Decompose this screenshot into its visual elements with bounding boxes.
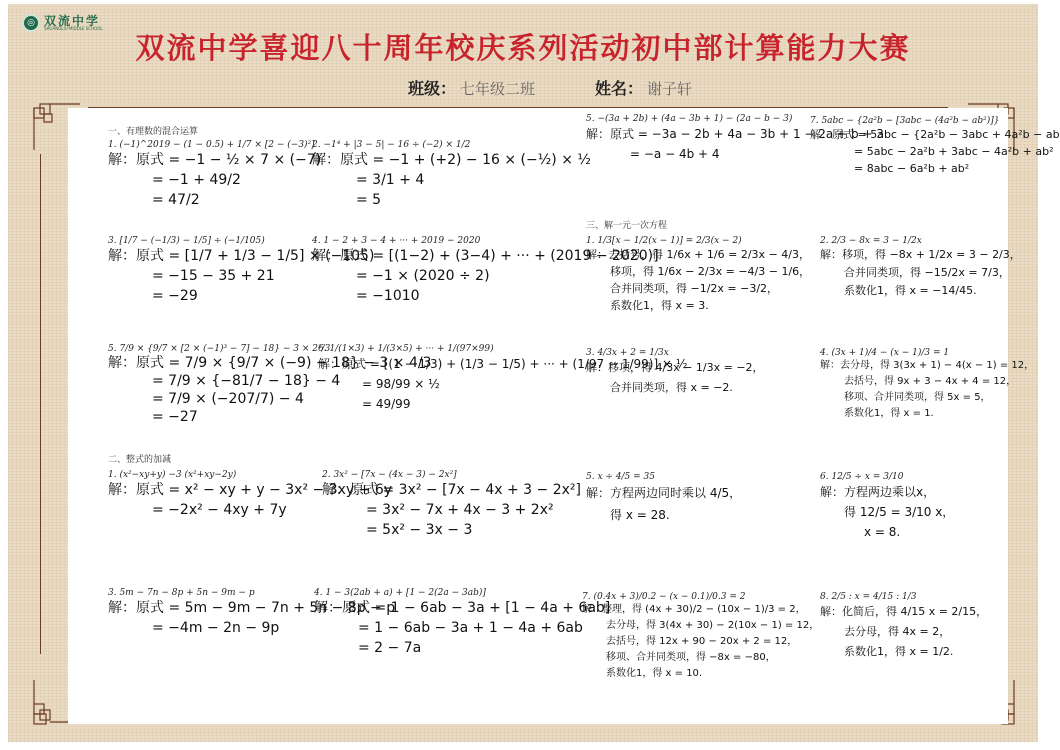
handwritten-answer: 解：方程两边乘以x， 得 12/5 = 3/10 x， x = 8.	[820, 482, 954, 542]
answer-sheet: 一、有理数的混合运算 1. (−1)^2019 − (1 − 0.5) + 1/…	[68, 108, 1008, 724]
answer-line: = 2 − 7a	[314, 638, 610, 658]
answer-line: 解：原式 = −1 + (+2) − 16 × (−½) × ½	[312, 150, 591, 170]
handwritten-answer: 解：去括号，得 1/6x + 1/6 = 2/3x − 4/3， 移项，得 1/…	[586, 246, 810, 314]
problem-statement: 8. 2/5 : x = 4/15 : 1/3	[820, 592, 987, 602]
answer-line: 去分母，得 3(4x + 30) − 2(10x − 1) = 12，	[582, 618, 819, 634]
answer-line: 解：移项，得 −8x + 1/2x = 3 − 2/3，	[820, 246, 1021, 264]
problem-statement: 2. −1⁴ + |3 − 5| − 16 ÷ (−2) × 1/2	[312, 140, 591, 150]
answer-line: 移项、合并同类项，得 5x = 5，	[820, 390, 1034, 406]
answer-line: 解：原式 = 5abc − {2a²b − 3abc + 4a²b − ab²}	[810, 126, 1060, 143]
answer-line: 解：原式 = 1 − 6ab − 3a + [1 − 4a + 6ab]	[314, 598, 610, 618]
problem-statement: 5. x ÷ 4/5 = 35	[586, 472, 741, 482]
problem-statement: 1. 1/3[x − 1/2(x − 1)] = 2/3(x − 2)	[586, 236, 810, 246]
answer-line: 合并同类项，得 −1/2x = −3/2，	[586, 280, 810, 297]
answer-line: 系数化1，得 x = 1.	[820, 406, 1034, 422]
problem-statement: 1. (−1)^2019 − (1 − 0.5) + 1/7 × [2 − (−…	[108, 140, 321, 150]
problem-statement: 6. 12/5 ÷ x = 3/10	[820, 472, 954, 482]
problem-3-4: 4. (3x + 1)/4 − (x − 1)/3 = 1 解：去分母，得 3(…	[820, 348, 1034, 422]
problem-2-7: 7. 5abc − {2a²b − [3abc − (4a²b − ab²)]}…	[810, 116, 1060, 177]
answer-line: 解：去分母，得 3(3x + 1) − 4(x − 1) = 12，	[820, 358, 1034, 374]
answer-line: x = 8.	[820, 522, 954, 542]
problem-statement: 3. 4/3x + 2 = 1/3x	[586, 348, 764, 358]
handwritten-answer: 解：原式 = −1 + (+2) − 16 × (−½) × ½ = 3/1 +…	[312, 150, 591, 210]
answer-line: 得 x = 28.	[586, 504, 741, 526]
problem-3-5: 5. x ÷ 4/5 = 35 解：方程两边同时乘以 4/5， 得 x = 28…	[586, 472, 741, 526]
page-title: 双流中学喜迎八十周年校庆系列活动初中部计算能力大赛	[8, 26, 1038, 67]
name-label: 姓名：	[595, 79, 643, 98]
answer-line: = 3/1 + 4	[312, 170, 591, 190]
answer-line: = 8abc − 6a²b + ab²	[810, 160, 1060, 177]
handwritten-answer: 解：移项，得 4/3x − 1/3x = −2， 合并同类项，得 x = −2.	[586, 358, 764, 398]
problem-3-6: 6. 12/5 ÷ x = 3/10 解：方程两边乘以x， 得 12/5 = 3…	[820, 472, 954, 542]
answer-line: = 1 − 6ab − 3a + 1 − 4a + 6ab	[314, 618, 610, 638]
answer-line: 移项，得 1/6x − 2/3x = −4/3 − 1/6，	[586, 263, 810, 280]
problem-3-7: 7. (0.4x + 3)/0.2 − (x − 0.1)/0.3 = 2 解：…	[582, 592, 819, 682]
problem-2-2: 2. 3x² − [7x − (4x − 3) − 2x²] 解：原式 = 3x…	[322, 470, 581, 540]
problem-1-2: 2. −1⁴ + |3 − 5| − 16 ÷ (−2) × 1/2 解：原式 …	[312, 140, 591, 210]
problem-3-3: 3. 4/3x + 2 = 1/3x 解：移项，得 4/3x − 1/3x = …	[586, 348, 764, 398]
handwritten-answer: 解：原式 = 3x² − [7x − 4x + 3 − 2x²] = 3x² −…	[322, 480, 581, 540]
problem-statement: 4. (3x + 1)/4 − (x − 1)/3 = 1	[820, 348, 1034, 358]
answer-line: 去括号，得 9x + 3 − 4x + 4 = 12，	[820, 374, 1034, 390]
problem-statement: 7. (0.4x + 3)/0.2 − (x − 0.1)/0.3 = 2	[582, 592, 819, 602]
answer-line: 解：整理，得 (4x + 30)/2 − (10x − 1)/3 = 2，	[582, 602, 819, 618]
problem-3-2: 2. 2/3 − 8x = 3 − 1/2x 解：移项，得 −8x + 1/2x…	[820, 236, 1021, 300]
answer-line: = 5	[312, 190, 591, 210]
class-field: 班级：七年级二班	[408, 76, 535, 99]
section-title-1: 一、有理数的混合运算	[108, 124, 198, 137]
answer-line: 解：方程两边乘以x，	[820, 482, 954, 502]
handwritten-answer: 解：整理，得 (4x + 30)/2 − (10x − 1)/3 = 2， 去分…	[582, 602, 819, 682]
answer-line: = 5x² − 3x − 3	[322, 520, 581, 540]
name-value: 谢子轩	[647, 80, 692, 98]
handwritten-answer: 解：原式 = 5abc − {2a²b − 3abc + 4a²b − ab²}…	[810, 126, 1060, 177]
answer-line: 解：化简后，得 4/15 x = 2/15，	[820, 602, 987, 622]
answer-line: 解：移项，得 4/3x − 1/3x = −2，	[586, 358, 764, 378]
problem-1-1: 1. (−1)^2019 − (1 − 0.5) + 1/7 × [2 − (−…	[108, 140, 321, 210]
answer-line: 合并同类项，得 x = −2.	[586, 378, 764, 398]
answer-line: 合并同类项，得 −15/2x = 7/3，	[820, 264, 1021, 282]
handwritten-answer: 解：化简后，得 4/15 x = 2/15， 去分母，得 4x = 2， 系数化…	[820, 602, 987, 662]
certificate-background: ◎ 双流中学 SHUANGLIU MIDDLE SCHOOL 双流中学喜迎八十周…	[8, 4, 1038, 742]
answer-line: 系数化1，得 x = 1/2.	[820, 642, 987, 662]
problem-statement: 4. 1 − 3(2ab + a) + [1 − 2(2a − 3ab)]	[314, 588, 610, 598]
answer-line: 解：方程两边同时乘以 4/5，	[586, 482, 741, 504]
name-field: 姓名：谢子轩	[595, 76, 692, 99]
handwritten-answer: 解：方程两边同时乘以 4/5， 得 x = 28.	[586, 482, 741, 526]
answer-line: 系数化1，得 x = 3.	[586, 297, 810, 314]
answer-line: = 3x² − 7x + 4x − 3 + 2x²	[322, 500, 581, 520]
handwritten-answer: 解：原式 = −1 − ½ × 7 × (−7) = −1 + 49/2 = 4…	[108, 150, 321, 210]
section-title-3: 三、解一元一次方程	[586, 218, 667, 231]
problem-3-8: 8. 2/5 : x = 4/15 : 1/3 解：化简后，得 4/15 x =…	[820, 592, 987, 662]
answer-line: 去括号，得 12x + 90 − 20x + 2 = 12，	[582, 634, 819, 650]
class-label: 班级：	[408, 79, 456, 98]
handwritten-answer: 解：去分母，得 3(3x + 1) − 4(x − 1) = 12， 去括号，得…	[820, 358, 1034, 422]
answer-line: 解：原式 = 3x² − [7x − 4x + 3 − 2x²]	[322, 480, 581, 500]
answer-line: 去分母，得 4x = 2，	[820, 622, 987, 642]
handwritten-answer: 解：原式 = 1 − 6ab − 3a + [1 − 4a + 6ab] = 1…	[314, 598, 610, 658]
problem-statement: 7. 5abc − {2a²b − [3abc − (4a²b − ab²)]}	[810, 116, 1060, 126]
answer-line: 得 12/5 = 3/10 x，	[820, 502, 954, 522]
answer-line: 系数化1，得 x = 10.	[582, 666, 819, 682]
problem-2-4: 4. 1 − 3(2ab + a) + [1 − 2(2a − 3ab)] 解：…	[314, 588, 610, 658]
problem-3-1: 1. 1/3[x − 1/2(x − 1)] = 2/3(x − 2) 解：去括…	[586, 236, 810, 314]
problem-statement: 2. 3x² − [7x − (4x − 3) − 2x²]	[322, 470, 581, 480]
answer-line: = −1 + 49/2	[108, 170, 321, 190]
answer-line: = 47/2	[108, 190, 321, 210]
answer-line: 解：去括号，得 1/6x + 1/6 = 2/3x − 4/3，	[586, 246, 810, 263]
answer-line: 系数化1，得 x = −14/45.	[820, 282, 1021, 300]
student-info: 班级：七年级二班 姓名：谢子轩	[408, 76, 692, 99]
section-title-2: 二、整式的加减	[108, 452, 171, 465]
answer-line: 解：原式 = −1 − ½ × 7 × (−7)	[108, 150, 321, 170]
answer-line: 移项、合并同类项，得 −8x = −80，	[582, 650, 819, 666]
answer-line: = 5abc − 2a²b + 3abc − 4a²b + ab²	[810, 143, 1060, 160]
handwritten-answer: 解：移项，得 −8x + 1/2x = 3 − 2/3， 合并同类项，得 −15…	[820, 246, 1021, 300]
problem-statement: 2. 2/3 − 8x = 3 − 1/2x	[820, 236, 1021, 246]
frame-left-line	[40, 154, 41, 654]
class-value: 七年级二班	[460, 80, 535, 98]
